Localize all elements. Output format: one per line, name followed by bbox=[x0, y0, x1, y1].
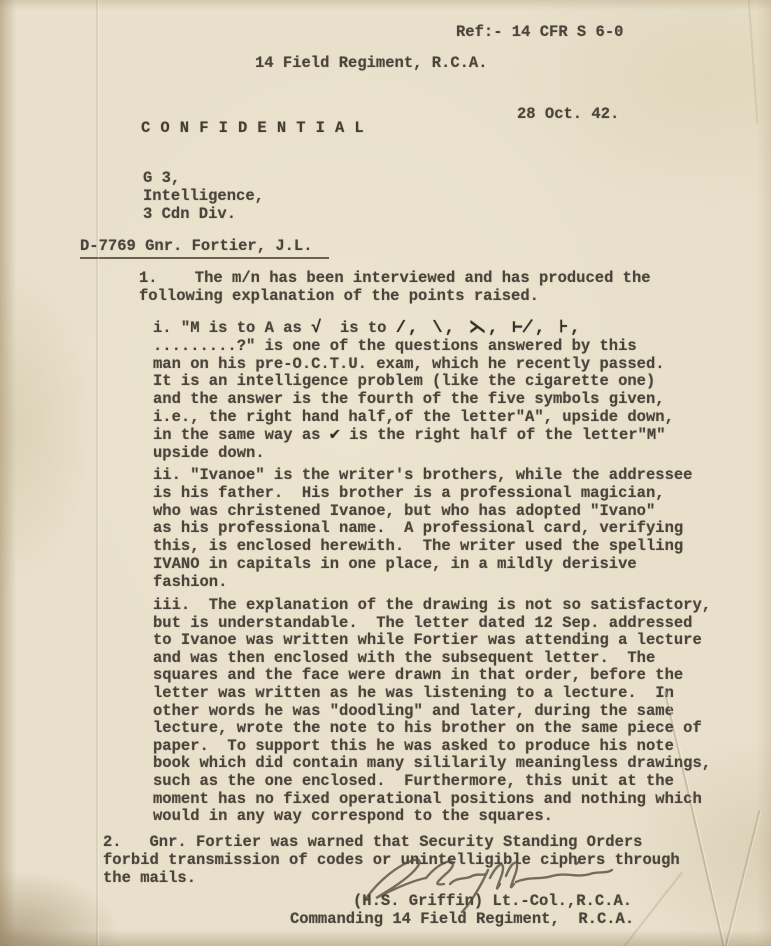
paper-crease-line bbox=[723, 810, 760, 946]
paragraph-i: i. "M is to A as √ is to /, \, ⋋, ⊬, ⊦, … bbox=[153, 320, 674, 462]
handwritten-check-symbol: √ bbox=[311, 319, 321, 338]
date-line: 28 Oct. 42. bbox=[517, 106, 619, 124]
scanned-letter-page: Ref:- 14 CFR S 6-0 14 Field Regiment, R.… bbox=[0, 0, 771, 946]
paragraph-ii: ii. "Ivanoe" is the writer's brothers, w… bbox=[153, 467, 693, 592]
paragraph-iii: iii. The explanation of the drawing is n… bbox=[153, 597, 711, 826]
handwritten-check-symbol-2: ✔ bbox=[330, 426, 340, 445]
paper-crease-line bbox=[747, 0, 758, 125]
signature-typed-name-line: (H.S. Griffin) Lt.-Col.,R.C.A. bbox=[353, 893, 632, 911]
classification-marking: C O N F I D E N T I A L bbox=[141, 120, 364, 138]
paragraph-i-typed-1: i. "M is to A as bbox=[153, 319, 311, 337]
subject-line: D-7769 Gnr. Fortier, J.L. bbox=[80, 238, 329, 259]
handwritten-answer-symbols: /, \, ⋋, ⊬, ⊦, bbox=[396, 319, 583, 338]
paper-fold-line bbox=[96, 0, 98, 946]
paragraph-i-typed-2: is to bbox=[321, 319, 395, 337]
paragraph-1: 1. The m/n has been interviewed and has … bbox=[139, 270, 651, 306]
addressee-block: G 3, Intelligence, 3 Cdn Div. bbox=[143, 170, 264, 223]
signature-command-line: Commanding 14 Field Regiment, R.C.A. bbox=[290, 911, 634, 929]
reference-number: Ref:- 14 CFR S 6-0 bbox=[456, 24, 623, 42]
unit-heading: 14 Field Regiment, R.C.A. bbox=[255, 55, 488, 73]
subject-underlined-text: D-7769 Gnr. Fortier, J.L. bbox=[80, 238, 329, 259]
